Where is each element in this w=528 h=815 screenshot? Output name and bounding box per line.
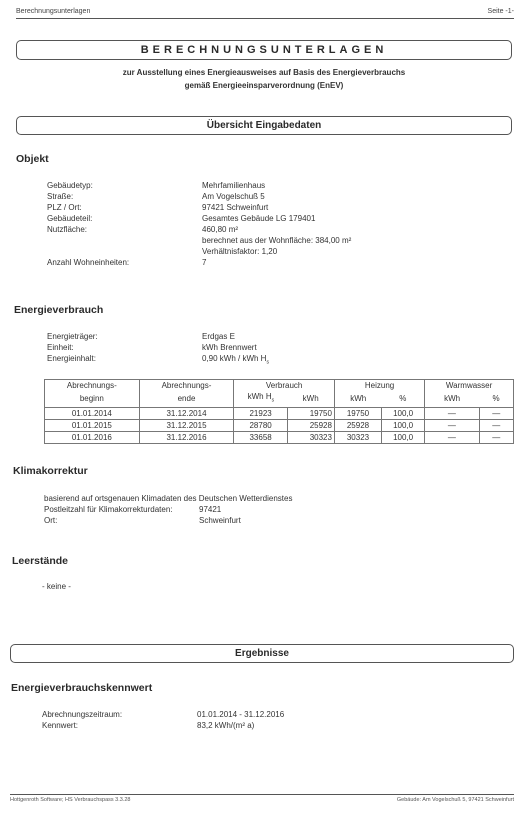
kv-row: Einheit:kWh Brennwert xyxy=(47,342,269,353)
subtitle-line-1: zur Ausstellung eines Energieausweises a… xyxy=(0,66,528,79)
kv-row: Energieträger:Erdgas E xyxy=(47,331,269,342)
heading-kennwert: Energieverbrauchskennwert xyxy=(11,682,152,694)
page-header: Berechnungsunterlagen Seite -1- xyxy=(16,8,514,19)
table-row: 01.01.2014 31.12.2014 21923 19750 19750 … xyxy=(45,407,514,419)
footer-software: Hottgenroth Software; HS Verbrauchspass … xyxy=(10,797,130,803)
heading-objekt: Objekt xyxy=(16,153,49,165)
kv-row: Straße:Am Vogelschuß 5 xyxy=(47,191,351,202)
kv-row: Postleitzahl für Klimakorrekturdaten:974… xyxy=(44,504,292,515)
leerstaende-value: - keine - xyxy=(42,581,71,592)
footer-building: Gebäude: Am Vogelschuß 5, 97421 Schweinf… xyxy=(397,797,514,803)
consumption-table: Abrechnungs- Abrechnungs- Verbrauch Heiz… xyxy=(44,379,514,444)
document-subtitle: zur Ausstellung eines Energieausweises a… xyxy=(0,66,528,92)
klimakorrektur-intro: basierend auf ortsgenauen Klimadaten des… xyxy=(44,493,292,504)
heading-klimakorrektur: Klimakorrektur xyxy=(13,465,88,477)
kv-row: Kennwert:83,2 kWh/(m² a) xyxy=(42,720,284,731)
table-header-row: Abrechnungs- Abrechnungs- Verbrauch Heiz… xyxy=(45,380,514,392)
kv-row: Energieinhalt:0,90 kWh / kWh Hs xyxy=(47,353,269,369)
section-box-results: Ergebnisse xyxy=(10,644,514,663)
document-title: BERECHNUNGSUNTERLAGEN xyxy=(16,40,512,60)
subtitle-line-2: gemäß Energieeinsparverordnung (EnEV) xyxy=(0,79,528,92)
kv-row: Verhältnisfaktor: 1,20 xyxy=(47,246,351,257)
page-footer: Hottgenroth Software; HS Verbrauchspass … xyxy=(10,794,514,805)
table-row: 01.01.2016 31.12.2016 33658 30323 30323 … xyxy=(45,431,514,443)
section-box-overview: Übersicht Eingabedaten xyxy=(16,116,512,135)
table-row: 01.01.2015 31.12.2015 28780 25928 25928 … xyxy=(45,419,514,431)
header-doc-title: Berechnungsunterlagen xyxy=(16,8,90,15)
heading-energieverbrauch: Energieverbrauch xyxy=(14,304,103,316)
energieverbrauch-list: Energieträger:Erdgas E Einheit:kWh Brenn… xyxy=(47,331,269,369)
heading-leerstaende: Leerstände xyxy=(12,555,68,567)
kv-row: Gebäudeteil:Gesamtes Gebäude LG 179401 xyxy=(47,213,351,224)
objekt-list: Gebäudetyp:Mehrfamilienhaus Straße:Am Vo… xyxy=(47,180,351,268)
kv-row: Gebäudetyp:Mehrfamilienhaus xyxy=(47,180,351,191)
kennwert-list: Abrechnungszeitraum:01.01.2014 - 31.12.2… xyxy=(42,709,284,731)
kv-row: Anzahl Wohneinheiten:7 xyxy=(47,257,351,268)
kv-row: Ort:Schweinfurt xyxy=(44,515,292,526)
klimakorrektur-list: basierend auf ortsgenauen Klimadaten des… xyxy=(44,493,292,526)
kv-row: PLZ / Ort:97421 Schweinfurt xyxy=(47,202,351,213)
header-page-number: Seite -1- xyxy=(488,8,514,15)
kv-row: berechnet aus der Wohnfläche: 384,00 m² xyxy=(47,235,351,246)
kv-row: Abrechnungszeitraum:01.01.2014 - 31.12.2… xyxy=(42,709,284,720)
kv-row: Nutzfläche:460,80 m² xyxy=(47,224,351,235)
table-subheader-row: beginn ende kWh Hs kWh kWh % kWh % xyxy=(45,391,514,407)
